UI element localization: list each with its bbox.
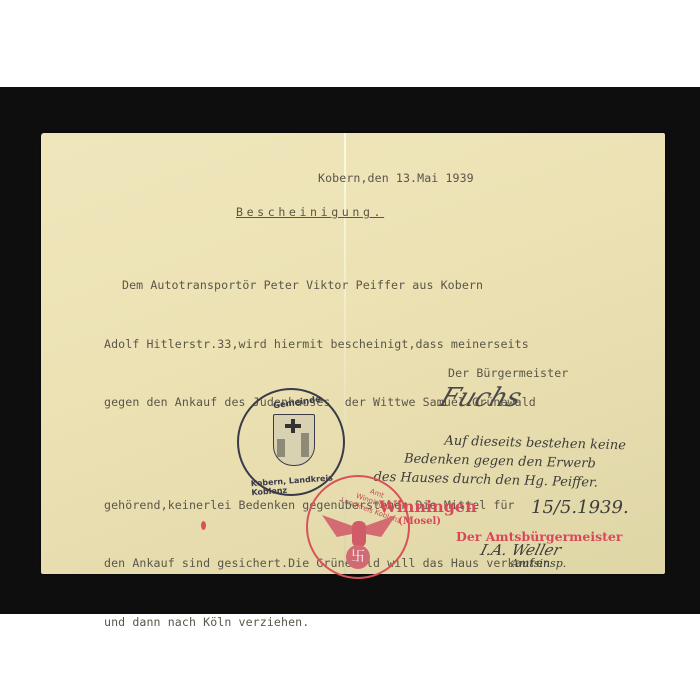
body-line: Adolf Hitlerstr.33,wird hiermit beschein… [104,335,550,355]
official-signature-sub: Amtsinsp. [511,557,566,570]
body-line: Dem Autotransportör Peter Viktor Peiffer… [104,276,550,296]
handwritten-note: Auf dieseits bestehen keine Bedenken geg… [373,430,626,494]
municipal-seal-stamp: Gemeinde Kobern, Landkreis Koblenz [237,388,345,496]
place-date: Kobern,den 13.Mai 1939 [318,171,474,185]
coat-of-arms-icon [273,414,315,466]
body-line: und dann nach Köln verziehen. [104,613,550,633]
document-paper: Kobern,den 13.Mai 1939 Bescheinigung. De… [41,133,665,574]
swastika-icon: 卐 [346,545,370,569]
document-title: Bescheinigung. [236,205,384,219]
red-place-sub: (Mosel) [398,516,441,527]
red-ink-spot [201,521,206,530]
handwritten-date: 15/5.1939. [531,497,629,518]
eagle-seal-stamp: Amt Winningen Landkreis Koblenz 卐 [306,475,410,579]
signatory-label: Der Bürgermeister [448,366,568,380]
red-place-stamp: Winningen [379,497,477,516]
mayor-signature: Fuchs [436,383,526,413]
seal-top-text: Gemeinde [273,395,322,412]
